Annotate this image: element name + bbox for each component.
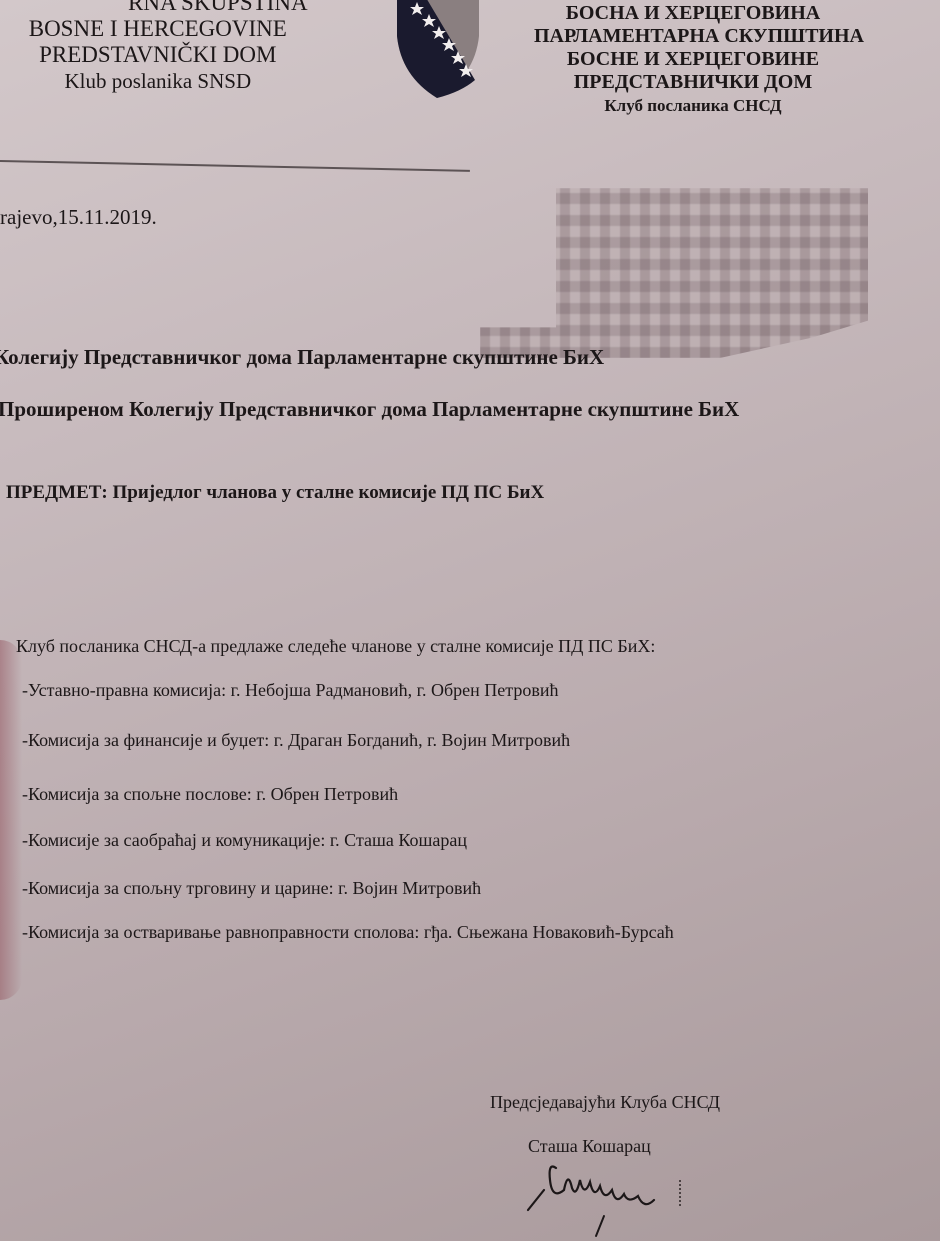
- list-item: -Уставно-правна комисија: г. Небојша Рад…: [22, 680, 559, 701]
- header-cyrillic-line: ПАРЛАМЕНТАРНА СКУПШТИНА: [534, 25, 852, 48]
- list-item: -Комисије за саобраћај и комуникације: г…: [22, 830, 467, 851]
- signatory-title: Предсједавајући Клуба СНСД: [490, 1092, 720, 1113]
- header-cyrillic-line: БОСНА И ХЕРЦЕГОВИНА: [534, 2, 852, 25]
- header-cyrillic-line: Клуб посланика СНСД: [534, 94, 852, 117]
- addressee-line: Колегију Представничког дома Парламентар…: [0, 345, 604, 370]
- list-item: -Комисија за спољну трговину и царине: г…: [22, 878, 481, 899]
- header-divider: [0, 160, 470, 172]
- list-item: -Комисија за финансије и буџет: г. Драга…: [22, 730, 570, 751]
- header-latin: RNA SKUPŠTINA BOSNE I HERCEGOVINE PREDST…: [8, 0, 308, 94]
- list-item: -Комисија за остваривање равноправности …: [22, 922, 674, 943]
- subject-line: ПРЕДМЕТ: Приједлог чланова у сталне коми…: [6, 482, 544, 504]
- header-cyrillic-line: ПРЕДСТАВНИЧКИ ДОМ: [534, 71, 852, 94]
- date-line: rajevo,15.11.2019.: [0, 205, 157, 230]
- addressee-line: Проширеном Колегију Представничког дома …: [0, 397, 739, 422]
- header-latin-line: BOSNE I HERCEGOVINE: [8, 16, 308, 42]
- handwritten-signature-icon: [520, 1150, 700, 1240]
- photo-edge-shadow: [0, 640, 22, 1000]
- intro-paragraph: Клуб посланика СНСД-а предлаже следеће ч…: [16, 636, 655, 657]
- redacted-block: [480, 188, 880, 358]
- header-cyrillic-line: БОСНЕ И ХЕРЦЕГОВИНЕ: [534, 48, 852, 71]
- bih-coat-of-arms-icon: [395, 0, 479, 98]
- header-latin-line: RNA SKUPŠTINA: [8, 0, 308, 16]
- header-latin-line: Klub poslanika SNSD: [8, 68, 308, 94]
- header-latin-line: PREDSTAVNIČKI DOM: [8, 42, 308, 68]
- header-cyrillic: БОСНА И ХЕРЦЕГОВИНА ПАРЛАМЕНТАРНА СКУПШТ…: [534, 2, 852, 117]
- list-item: -Комисија за спољне послове: г. Обрен Пе…: [22, 784, 398, 805]
